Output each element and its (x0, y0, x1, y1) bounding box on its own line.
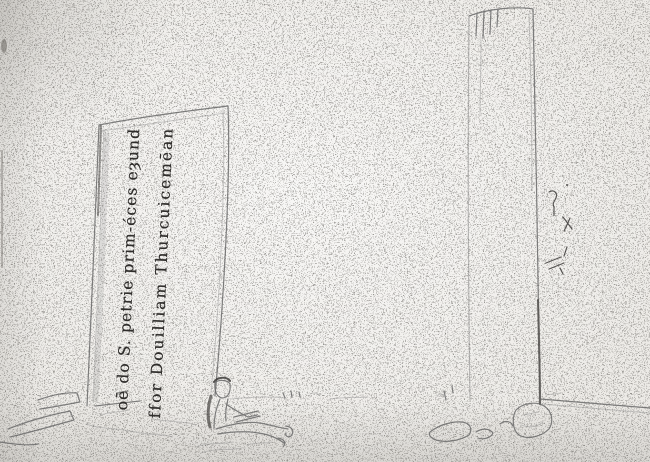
sketch-canvas (0, 0, 650, 462)
scanned-sketch-page: oē do S. petrie prim-éces eȝund ffor Dou… (0, 0, 650, 462)
